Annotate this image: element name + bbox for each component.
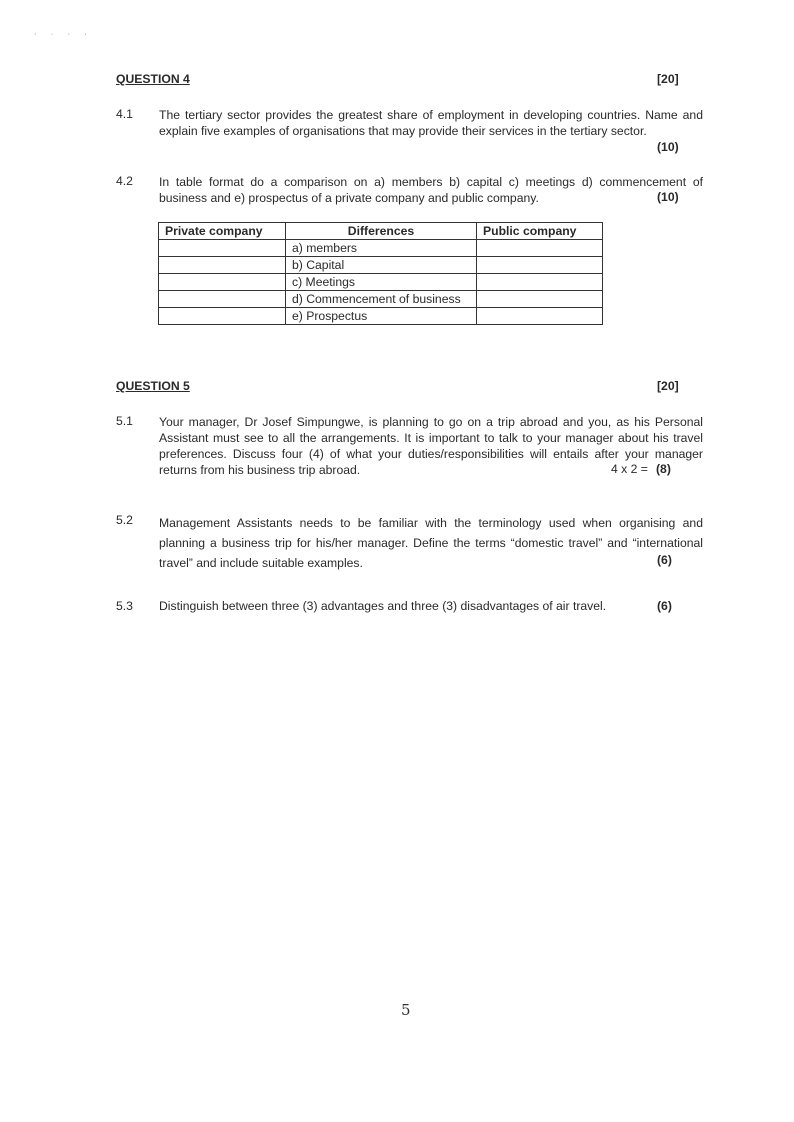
q5-3-number: 5.3: [116, 599, 133, 613]
table-row: a) members: [159, 240, 603, 257]
table-cell: [477, 308, 603, 325]
q4-2-text: In table format do a comparison on a) me…: [159, 174, 703, 206]
table-header-private: Private company: [159, 223, 286, 240]
table-cell: [477, 274, 603, 291]
q5-1-number: 5.1: [116, 414, 133, 428]
question-4-total: [20]: [657, 72, 679, 86]
table-header-row: Private company Differences Public compa…: [159, 223, 603, 240]
table-cell: [159, 240, 286, 257]
table-cell: a) members: [286, 240, 477, 257]
table-cell: [477, 240, 603, 257]
table-cell: [477, 291, 603, 308]
q4-1-text: The tertiary sector provides the greates…: [159, 107, 703, 139]
q4-2-number: 4.2: [116, 174, 133, 188]
table-cell: [159, 257, 286, 274]
q5-3-text: Distinguish between three (3) advantages…: [159, 599, 606, 613]
scan-artifact: ‧ ‧ ‧ ‧: [34, 30, 93, 39]
table-row: e) Prospectus: [159, 308, 603, 325]
table-cell: [159, 308, 286, 325]
table-cell: [159, 274, 286, 291]
table-row: b) Capital: [159, 257, 603, 274]
q4-2-text-body: In table format do a comparison on a) me…: [159, 175, 703, 205]
table-row: c) Meetings: [159, 274, 603, 291]
table-header-differences: Differences: [286, 223, 477, 240]
q5-1-marks: (8): [656, 462, 671, 476]
page-number: 5: [401, 1001, 411, 1019]
comparison-table: Private company Differences Public compa…: [158, 222, 603, 325]
q4-1-marks: (10): [657, 140, 679, 154]
question-4-heading: QUESTION 4: [116, 72, 190, 86]
q4-1-number: 4.1: [116, 107, 133, 121]
q5-2-text: Management Assistants needs to be famili…: [159, 513, 703, 573]
q5-3-marks: (6): [657, 599, 672, 613]
table-header-public: Public company: [477, 223, 603, 240]
table-cell: b) Capital: [286, 257, 477, 274]
table-cell: d) Commencement of business: [286, 291, 477, 308]
table-cell: [477, 257, 603, 274]
table-cell: c) Meetings: [286, 274, 477, 291]
question-5-total: [20]: [657, 379, 679, 393]
table-cell: e) Prospectus: [286, 308, 477, 325]
q5-2-number: 5.2: [116, 513, 133, 527]
question-5-heading: QUESTION 5: [116, 379, 190, 393]
table-cell: [159, 291, 286, 308]
q4-2-marks: (10): [657, 190, 679, 204]
q5-1-calc: 4 x 2 =: [611, 462, 648, 476]
q5-2-marks: (6): [657, 553, 672, 567]
table-row: d) Commencement of business: [159, 291, 603, 308]
